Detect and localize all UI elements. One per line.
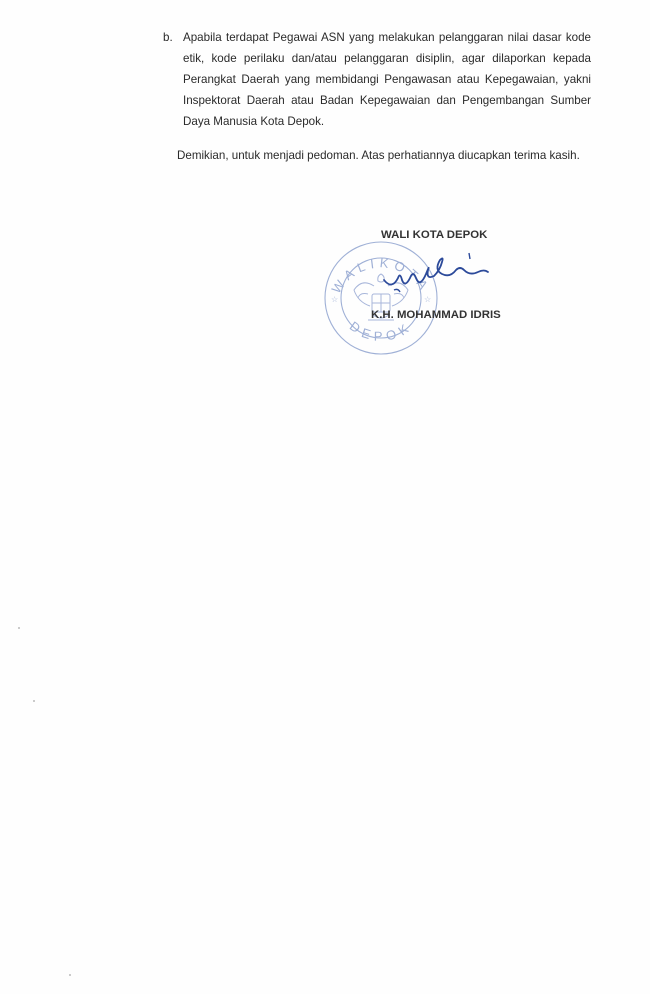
scan-speck [69,974,71,976]
stamp-bottom-text: DEPOK [347,318,415,343]
svg-text:DEPOK: DEPOK [347,318,415,343]
handwritten-signature-icon [380,250,495,300]
signatory-title: WALI KOTA DEPOK [381,229,487,241]
signatory-name: K.H. MOHAMMAD IDRIS [371,309,501,321]
closing-sentence: Demikian, untuk menjadi pedoman. Atas pe… [177,149,580,162]
svg-text:☆: ☆ [331,295,338,304]
scan-speck [33,700,35,702]
document-page: b. Apabila terdapat Pegawai ASN yang mel… [0,0,650,994]
list-item-text: Apabila terdapat Pegawai ASN yang melaku… [183,27,591,132]
list-marker: b. [163,27,173,48]
scan-speck [18,627,20,629]
